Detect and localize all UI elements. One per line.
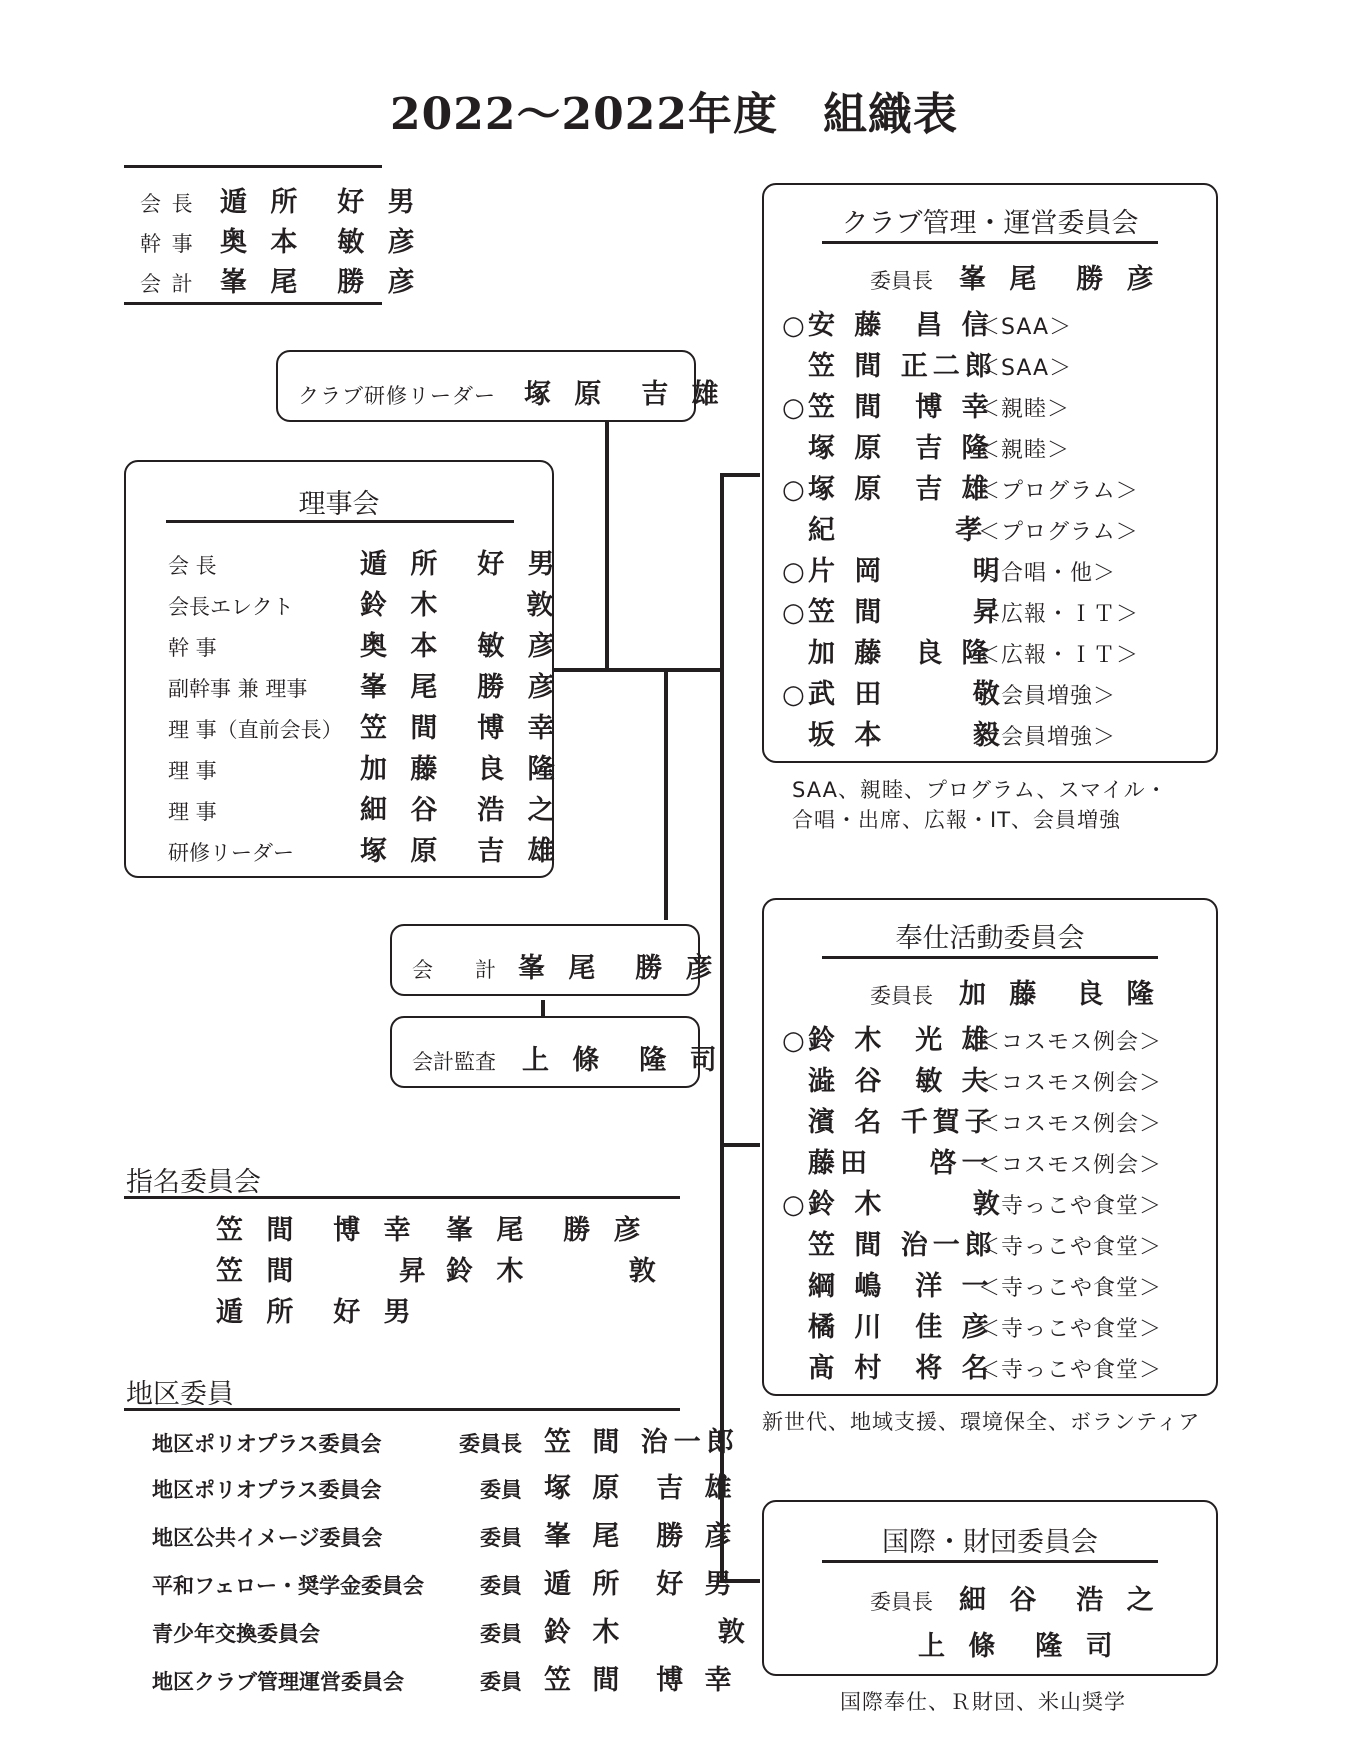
- leader-circle-icon: ○: [782, 393, 808, 423]
- committee-member: 橘 川 佳 彦＜寺っこや食堂＞: [782, 1305, 1162, 1344]
- member-name: 笠 間 昇: [808, 590, 978, 629]
- international-title: 国際・財団委員会: [764, 1520, 1216, 1559]
- club-admin-chair-row: 委員長 峯 尾 勝 彦: [870, 257, 1161, 296]
- board-member-row: 理 事細 谷 浩 之: [168, 788, 562, 827]
- training-leader-name: 塚 原 吉 雄: [524, 372, 726, 411]
- club-admin-committee-box: クラブ管理・運営委員会 委員長 峯 尾 勝 彦 ○安 藤 昌 信＜SAA＞ 笠 …: [762, 183, 1218, 763]
- club-admin-title: クラブ管理・運営委員会: [764, 201, 1216, 240]
- connector-line: [605, 420, 609, 672]
- member-tag: ＜会員増強＞: [978, 679, 1116, 710]
- connector-line: [720, 1143, 760, 1147]
- nominee-name: 笠 間 昇: [216, 1249, 433, 1288]
- officer-name: 奥 本 敏 彦: [220, 220, 422, 259]
- treasurer-name: 峯 尾 勝 彦: [518, 946, 720, 985]
- nomination-title: 指名委員会: [126, 1160, 261, 1199]
- committee-member: ○安 藤 昌 信＜SAA＞: [782, 303, 1072, 342]
- training-leader-role: クラブ研修リーダー: [298, 380, 496, 410]
- international-caption: 国際奉仕、Ｒ財団、米山奨学: [840, 1686, 1126, 1716]
- training-leader-row: クラブ研修リーダー 塚 原 吉 雄: [298, 372, 726, 411]
- member-tag: ＜寺っこや食堂＞: [978, 1271, 1162, 1302]
- member-name: 鈴 木 敦: [808, 1182, 978, 1221]
- connector-line: [541, 1000, 545, 1016]
- board-name: 細 谷 浩 之: [360, 788, 562, 827]
- club-admin-caption: 合唱・出席、広報・IT、会員増強: [792, 804, 1121, 834]
- committee-member: 澁 谷 敏 夫＜コスモス例会＞: [782, 1059, 1162, 1098]
- member-name: 武 田 敬: [808, 672, 978, 711]
- committee-member: 綱 嶋 洋 一＜寺っこや食堂＞: [782, 1264, 1162, 1303]
- member-name: 鈴 木 光 雄: [808, 1018, 978, 1057]
- member-tag: ＜親睦＞: [978, 392, 1070, 423]
- treasurer-row: 会 計 峯 尾 勝 彦: [412, 946, 720, 985]
- officer-name: 遁 所 好 男: [220, 180, 422, 219]
- member-tag: ＜SAA＞: [978, 351, 1072, 382]
- district-name: 笠 間 博 幸: [544, 1658, 738, 1697]
- board-role: 理 事（直前会長）: [168, 714, 360, 744]
- member-tag: ＜コスモス例会＞: [978, 1107, 1162, 1138]
- service-title-rule: [822, 956, 1158, 959]
- district-row: 地区ポリオプラス委員会委員長笠 間 治一郎: [152, 1420, 740, 1459]
- officer-row: 会 長 遁 所 好 男: [140, 180, 422, 219]
- page-title: 2022〜2022年度 組織表: [0, 78, 1348, 142]
- district-committee: 地区ポリオプラス委員会: [152, 1474, 442, 1504]
- connector-line: [720, 473, 724, 1583]
- board-name: 鈴 木 敦: [360, 583, 560, 622]
- district-row: 地区クラブ管理運営委員会委員笠 間 博 幸: [152, 1658, 738, 1697]
- committee-member: 髙 村 将 名＜寺っこや食堂＞: [782, 1346, 1162, 1385]
- district-name: 遁 所 好 男: [544, 1562, 738, 1601]
- officer-name: 峯 尾 勝 彦: [220, 260, 422, 299]
- district-role: 委員長: [442, 1428, 522, 1458]
- board-member-row: 会長エレクト鈴 木 敦: [168, 583, 560, 622]
- district-committee: 平和フェロー・奨学金委員会: [152, 1570, 442, 1600]
- board-role: 会長エレクト: [168, 591, 360, 621]
- chair-label: 委員長: [870, 1586, 933, 1616]
- auditor-row: 会計監査 上 條 隆 司: [412, 1038, 724, 1077]
- officer-role: 会 計: [140, 268, 220, 298]
- board-role: 研修リーダー: [168, 837, 360, 867]
- connector-line: [552, 668, 722, 672]
- committee-member: ○武 田 敬＜会員増強＞: [782, 672, 1116, 711]
- committee-member: 笠 間 正二郎＜SAA＞: [782, 344, 1072, 383]
- member-tag: ＜寺っこや食堂＞: [978, 1230, 1162, 1261]
- district-committee: 地区クラブ管理運営委員会: [152, 1666, 442, 1696]
- international-member-row: 上 條 隆 司: [918, 1624, 1120, 1663]
- member-name: 紀 孝: [808, 508, 978, 547]
- training-leader-box: クラブ研修リーダー 塚 原 吉 雄: [276, 350, 696, 422]
- member-name: 安 藤 昌 信: [808, 303, 978, 342]
- member-tag: ＜広報・ＩＴ＞: [978, 638, 1139, 669]
- district-committee: 青少年交換委員会: [152, 1618, 442, 1648]
- district-title: 地区委員: [126, 1372, 234, 1411]
- nomination-name: 遁 所 好 男: [216, 1290, 418, 1329]
- board-member-row: 理 事（直前会長）笠 間 博 幸: [168, 706, 562, 745]
- treasurer-box: 会 計 峯 尾 勝 彦: [390, 924, 700, 996]
- officers-bottom-rule: [124, 302, 382, 305]
- chair-name: 峯 尾 勝 彦: [959, 257, 1161, 296]
- district-name: 峯 尾 勝 彦: [544, 1514, 738, 1553]
- nominee-name: 笠 間 博 幸: [216, 1208, 418, 1247]
- committee-member: 坂 本 毅＜会員増強＞: [782, 713, 1116, 752]
- committee-member: 藤田 啓一＜コスモス例会＞: [782, 1141, 1162, 1180]
- member-name: 笠 間 博 幸: [808, 385, 978, 424]
- connector-line: [664, 668, 668, 920]
- committee-member: ○笠 間 昇＜広報・ＩＴ＞: [782, 590, 1139, 629]
- chair-label: 委員長: [870, 265, 933, 295]
- district-rule: [124, 1408, 680, 1411]
- nomination-rule: [124, 1196, 680, 1199]
- member-tag: ＜会員増強＞: [978, 720, 1116, 751]
- member-name: 髙 村 将 名: [808, 1346, 978, 1385]
- board-member-row: 研修リーダー塚 原 吉 雄: [168, 829, 562, 868]
- committee-member: 紀 孝＜プログラム＞: [782, 508, 1139, 547]
- auditor-box: 会計監査 上 條 隆 司: [390, 1016, 700, 1088]
- member-tag: ＜プログラム＞: [978, 474, 1139, 505]
- member-tag: ＜コスモス例会＞: [978, 1025, 1162, 1056]
- officer-row: 会 計 峯 尾 勝 彦: [140, 260, 422, 299]
- officer-role: 幹 事: [140, 228, 220, 258]
- member-name: 笠 間 正二郎: [808, 344, 978, 383]
- board-member-row: 理 事加 藤 良 隆: [168, 747, 562, 786]
- district-committee: 地区公共イメージ委員会: [152, 1522, 442, 1552]
- board-name: 塚 原 吉 雄: [360, 829, 562, 868]
- leader-circle-icon: ○: [782, 475, 808, 505]
- club-admin-caption: SAA、親睦、プログラム、スマイル・: [792, 774, 1168, 804]
- service-committee-box: 奉仕活動委員会 委員長 加 藤 良 隆 ○鈴 木 光 雄＜コスモス例会＞ 澁 谷…: [762, 898, 1218, 1396]
- district-name: 塚 原 吉 雄: [544, 1466, 738, 1505]
- district-role: 委員: [442, 1522, 522, 1552]
- board-member-row: 幹 事奥 本 敏 彦: [168, 624, 562, 663]
- member-name: 上 條 隆 司: [918, 1624, 1120, 1663]
- auditor-role: 会計監査: [412, 1046, 496, 1076]
- member-name: 橘 川 佳 彦: [808, 1305, 978, 1344]
- leader-circle-icon: ○: [782, 557, 808, 587]
- district-role: 委員: [442, 1666, 522, 1696]
- international-title-rule: [822, 1560, 1158, 1563]
- board-role: 理 事: [168, 796, 360, 826]
- district-name: 鈴 木 敦: [544, 1610, 751, 1649]
- member-tag: ＜プログラム＞: [978, 515, 1139, 546]
- board-role: 理 事: [168, 755, 360, 785]
- board-role: 副幹事 兼 理事: [168, 673, 360, 703]
- international-chair-row: 委員長 細 谷 浩 之: [870, 1578, 1161, 1617]
- member-name: 坂 本 毅: [808, 713, 978, 752]
- leader-circle-icon: ○: [782, 311, 808, 341]
- committee-member: ○鈴 木 光 雄＜コスモス例会＞: [782, 1018, 1162, 1057]
- chair-name: 加 藤 良 隆: [959, 972, 1161, 1011]
- leader-circle-icon: ○: [782, 1190, 808, 1220]
- officer-row: 幹 事 奥 本 敏 彦: [140, 220, 422, 259]
- board-role: 幹 事: [168, 632, 360, 662]
- leader-circle-icon: ○: [782, 680, 808, 710]
- member-name: 澁 谷 敏 夫: [808, 1059, 978, 1098]
- member-tag: ＜寺っこや食堂＞: [978, 1353, 1162, 1384]
- leader-circle-icon: ○: [782, 1026, 808, 1056]
- nominee-name: 遁 所 好 男: [216, 1290, 418, 1329]
- service-chair-row: 委員長 加 藤 良 隆: [870, 972, 1161, 1011]
- board-name: 峯 尾 勝 彦: [360, 665, 562, 704]
- chair-name: 細 谷 浩 之: [959, 1578, 1161, 1617]
- district-name: 笠 間 治一郎: [544, 1420, 740, 1459]
- member-tag: ＜寺っこや食堂＞: [978, 1312, 1162, 1343]
- club-admin-title-rule: [822, 241, 1158, 244]
- district-row: 青少年交換委員会委員鈴 木 敦: [152, 1610, 751, 1649]
- district-role: 委員: [442, 1474, 522, 1504]
- committee-member: 笠 間 治一郎＜寺っこや食堂＞: [782, 1223, 1162, 1262]
- nomination-name: 笠 間 昇: [216, 1249, 433, 1288]
- committee-member: ○片 岡 明＜合唱・他＞: [782, 549, 1116, 588]
- member-name: 笠 間 治一郎: [808, 1223, 978, 1262]
- service-caption: 新世代、地域支援、環境保全、ボランティア: [762, 1406, 1200, 1436]
- member-tag: ＜コスモス例会＞: [978, 1066, 1162, 1097]
- member-tag: ＜コスモス例会＞: [978, 1148, 1162, 1179]
- board-title: 理事会: [126, 482, 552, 521]
- district-row: 地区公共イメージ委員会委員峯 尾 勝 彦: [152, 1514, 738, 1553]
- board-box: 理事会 会 長遁 所 好 男 会長エレクト鈴 木 敦 幹 事奥 本 敏 彦 副幹…: [124, 460, 554, 878]
- member-name: 塚 原 吉 雄: [808, 467, 978, 506]
- committee-member: 加 藤 良 隆＜広報・ＩＴ＞: [782, 631, 1139, 670]
- district-committee: 地区ポリオプラス委員会: [152, 1428, 442, 1458]
- member-name: 濱 名 千賀子: [808, 1100, 978, 1139]
- officers-top-rule: [124, 165, 382, 168]
- connector-line: [720, 473, 760, 477]
- board-member-row: 会 長遁 所 好 男: [168, 542, 562, 581]
- leader-circle-icon: ○: [782, 598, 808, 628]
- member-tag: ＜寺っこや食堂＞: [978, 1189, 1162, 1220]
- treasurer-role: 会 計: [412, 954, 496, 984]
- board-name: 加 藤 良 隆: [360, 747, 562, 786]
- member-name: 加 藤 良 隆: [808, 631, 978, 670]
- board-name: 笠 間 博 幸: [360, 706, 562, 745]
- nominee-name: 鈴 木 敦: [446, 1249, 663, 1288]
- member-name: 塚 原 吉 隆: [808, 426, 978, 465]
- member-name: 綱 嶋 洋 一: [808, 1264, 978, 1303]
- international-committee-box: 国際・財団委員会 委員長 細 谷 浩 之 上 條 隆 司: [762, 1500, 1218, 1676]
- nomination-name: 峯 尾 勝 彦: [446, 1208, 648, 1247]
- board-title-rule: [166, 520, 514, 523]
- member-tag: ＜SAA＞: [978, 310, 1072, 341]
- nomination-name: 鈴 木 敦: [446, 1249, 663, 1288]
- nomination-name: 笠 間 博 幸: [216, 1208, 418, 1247]
- board-name: 遁 所 好 男: [360, 542, 562, 581]
- board-member-row: 副幹事 兼 理事峯 尾 勝 彦: [168, 665, 562, 704]
- district-row: 平和フェロー・奨学金委員会委員遁 所 好 男: [152, 1562, 738, 1601]
- nominee-name: 峯 尾 勝 彦: [446, 1208, 648, 1247]
- officer-role: 会 長: [140, 188, 220, 218]
- district-role: 委員: [442, 1570, 522, 1600]
- service-title: 奉仕活動委員会: [764, 916, 1216, 955]
- board-role: 会 長: [168, 550, 360, 580]
- member-name: 片 岡 明: [808, 549, 978, 588]
- member-tag: ＜広報・ＩＴ＞: [978, 597, 1139, 628]
- committee-member: ○笠 間 博 幸＜親睦＞: [782, 385, 1070, 424]
- committee-member: 塚 原 吉 隆＜親睦＞: [782, 426, 1070, 465]
- committee-member: ○塚 原 吉 雄＜プログラム＞: [782, 467, 1139, 506]
- member-tag: ＜親睦＞: [978, 433, 1070, 464]
- district-role: 委員: [442, 1618, 522, 1648]
- chair-label: 委員長: [870, 980, 933, 1010]
- committee-member: 濱 名 千賀子＜コスモス例会＞: [782, 1100, 1162, 1139]
- board-name: 奥 本 敏 彦: [360, 624, 562, 663]
- committee-member: ○鈴 木 敦＜寺っこや食堂＞: [782, 1182, 1162, 1221]
- member-name: 藤田 啓一: [808, 1141, 978, 1180]
- auditor-name: 上 條 隆 司: [522, 1038, 724, 1077]
- member-tag: ＜合唱・他＞: [978, 556, 1116, 587]
- district-row: 地区ポリオプラス委員会委員塚 原 吉 雄: [152, 1466, 738, 1505]
